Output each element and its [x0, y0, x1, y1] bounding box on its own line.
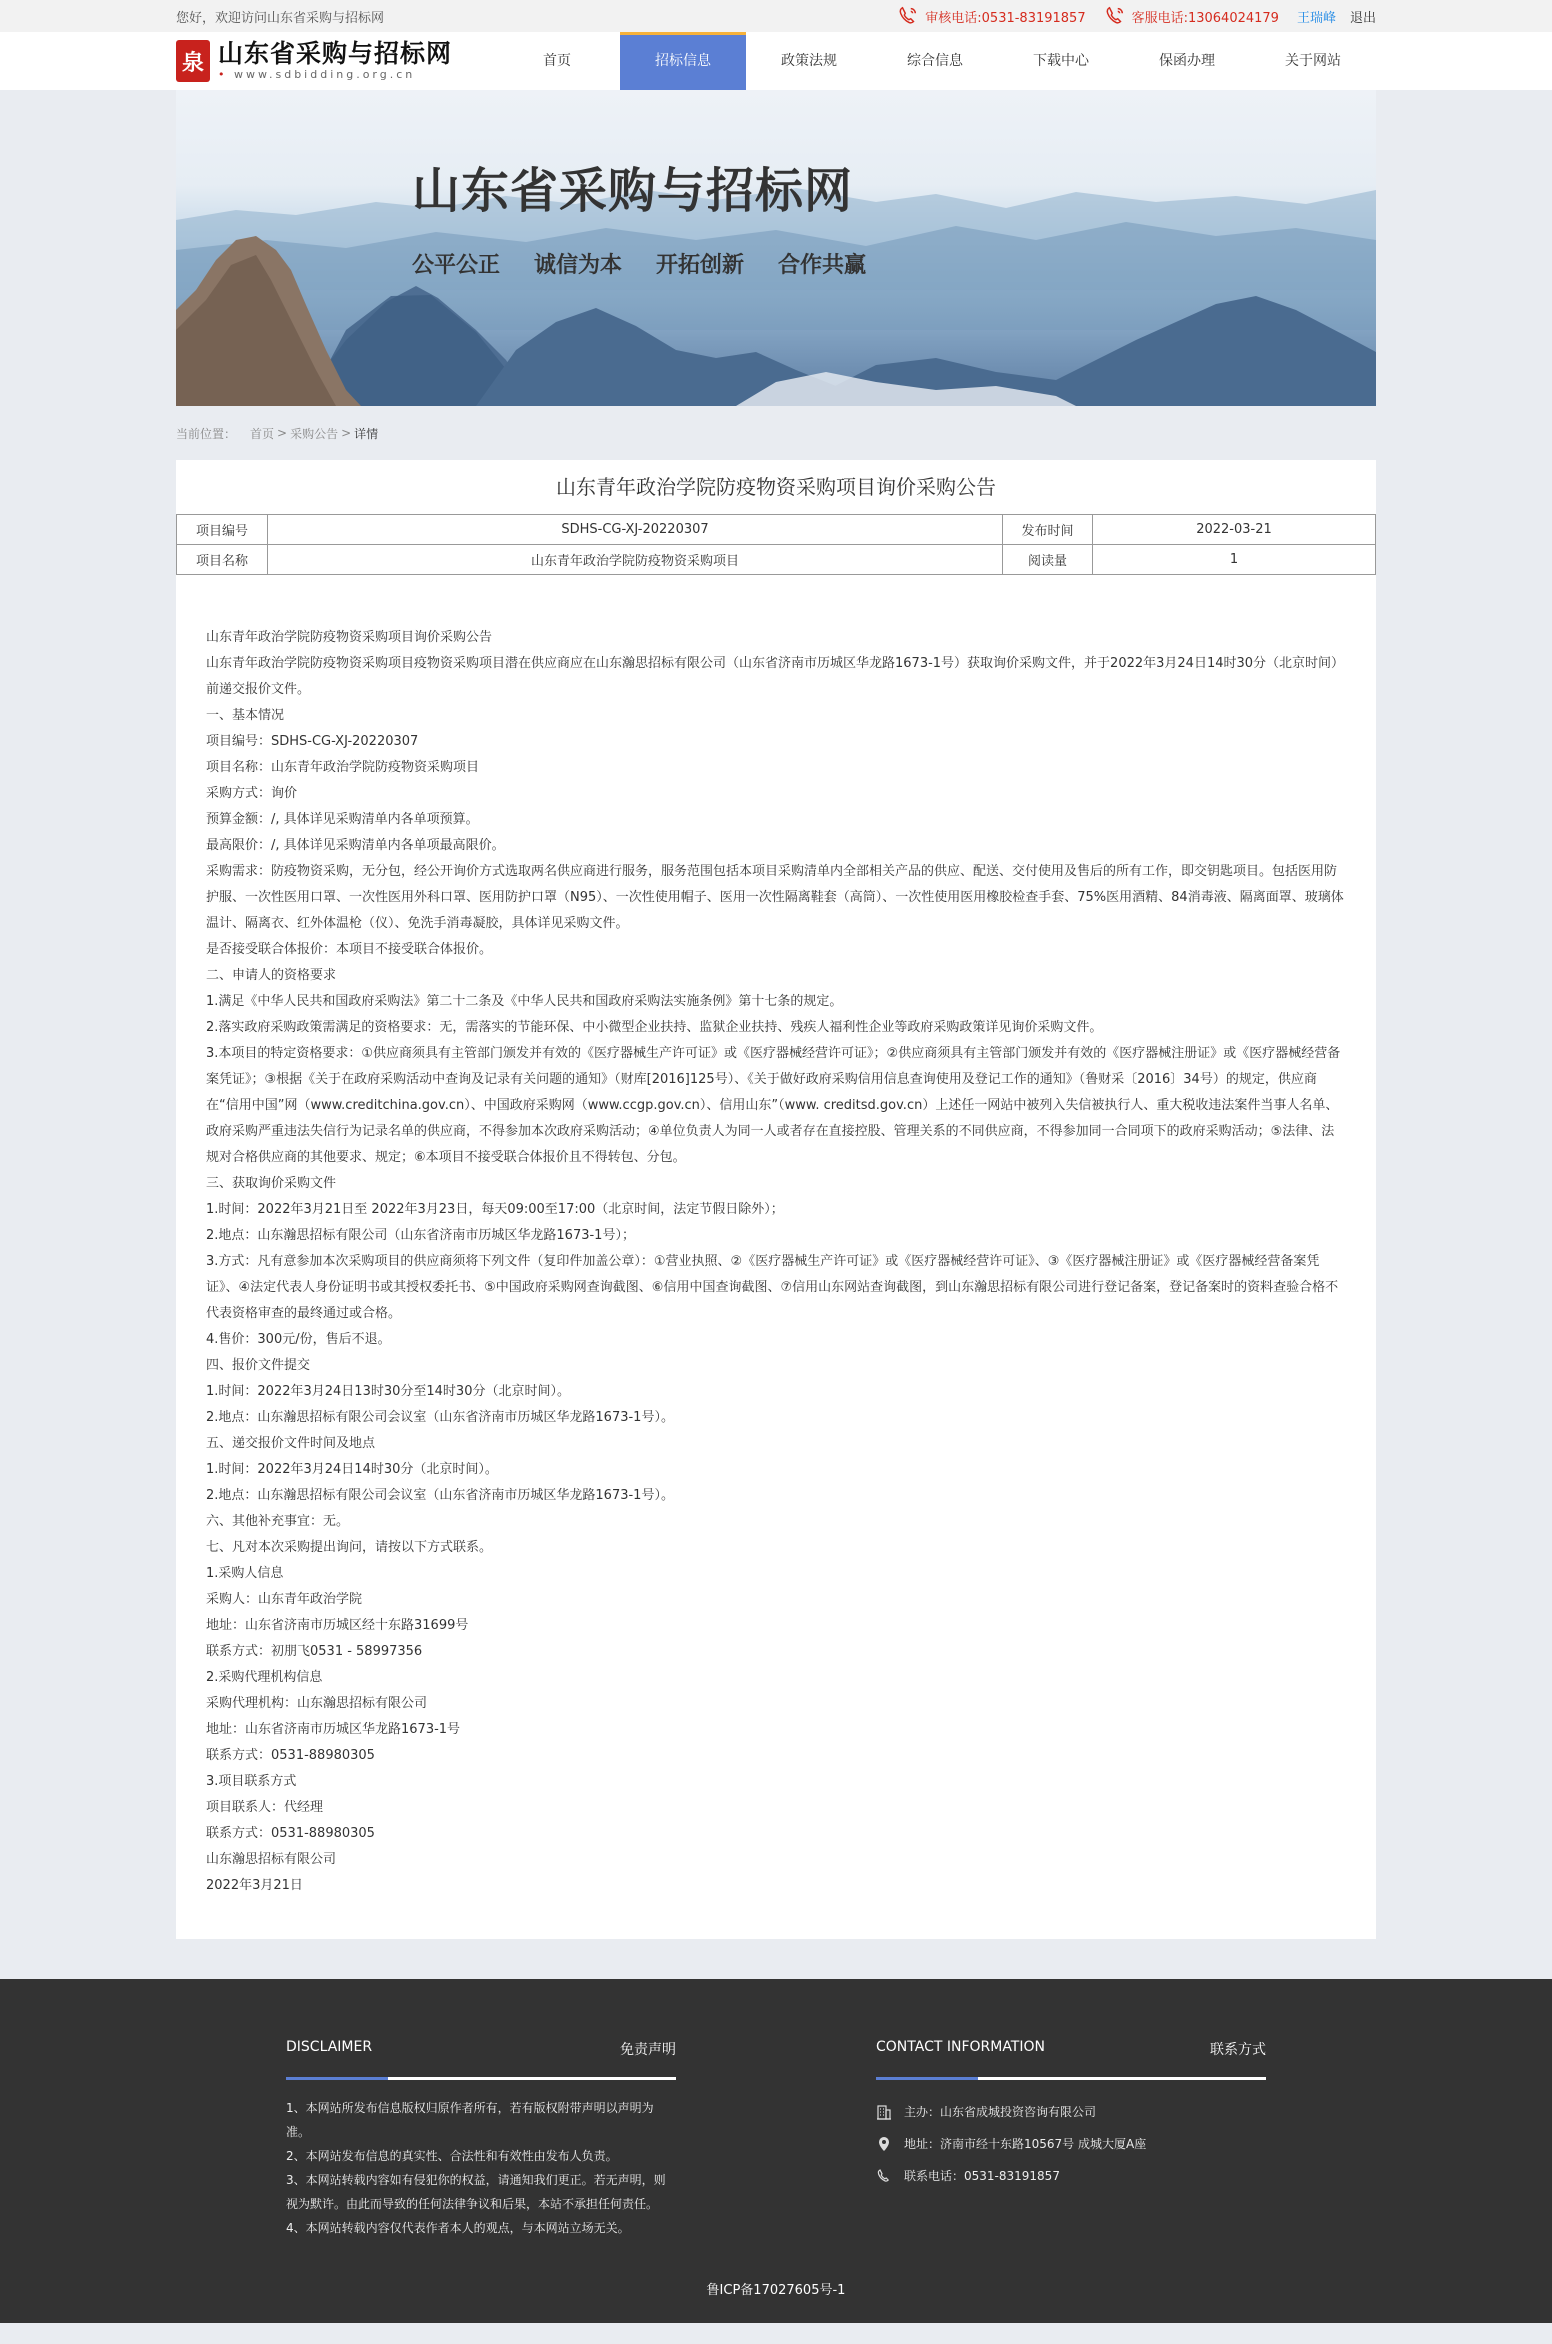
- article-paragraph: 采购代理机构：山东瀚思招标有限公司: [206, 1691, 1346, 1717]
- phone-icon: [897, 5, 919, 27]
- article-paragraph: 一、基本情况: [206, 703, 1346, 729]
- article-paragraph: 最高限价：/, 具体详见采购清单内各单项最高限价。: [206, 833, 1346, 859]
- logout-link[interactable]: 退出: [1350, 7, 1376, 26]
- banner-slogans: 公平公正 诚信为本 开拓创新 合作共赢: [412, 248, 866, 279]
- audit-phone-text: 审核电话:0531-83191857: [925, 7, 1085, 26]
- disclaimer-title-en: DISCLAIMER: [286, 2039, 372, 2059]
- article-paragraph: 山东瀚思招标有限公司: [206, 1847, 1346, 1873]
- article-paragraph: 山东青年政治学院防疫物资采购项目询价采购公告: [206, 625, 1346, 651]
- slogan: 公平公正: [412, 248, 500, 279]
- footer: DISCLAIMER 免责声明 1、本网站所发布信息版权归原作者所有，若有版权附…: [0, 1979, 1552, 2323]
- nav-item-policy[interactable]: 政策法规: [746, 32, 872, 90]
- contact-item-host: 主办：山东省成城投资咨询有限公司: [876, 2096, 1266, 2128]
- article-paragraph: 采购人：山东青年政治学院: [206, 1587, 1346, 1613]
- banner: 山东省采购与招标网 公平公正 诚信为本 开拓创新 合作共赢: [0, 90, 1552, 406]
- nav-item-bidding-info[interactable]: 招标信息: [620, 32, 746, 90]
- nav-item-general-info[interactable]: 综合信息: [872, 32, 998, 90]
- article-paragraph: 2.地点：山东瀚思招标有限公司会议室（山东省济南市历城区华龙路1673-1号）。: [206, 1405, 1346, 1431]
- contact-title-en: CONTACT INFORMATION: [876, 2039, 1045, 2059]
- disclaimer-item: 2、本网站发布信息的真实性、合法性和有效性由发布人负责。: [286, 2144, 676, 2168]
- article-paragraph: 2.落实政府采购政策需满足的资格要求：无，需落实的节能环保、中小微型企业扶持、监…: [206, 1015, 1346, 1041]
- project-no-value: SDHS-CG-XJ-20220307: [268, 515, 1003, 545]
- article-paragraph: 采购方式：询价: [206, 781, 1346, 807]
- article-paragraph: 联系方式：0531-88980305: [206, 1743, 1346, 1769]
- disclaimer-section: DISCLAIMER 免责声明 1、本网站所发布信息版权归原作者所有，若有版权附…: [286, 2039, 676, 2259]
- article-card: 山东青年政治学院防疫物资采购项目询价采购公告 项目编号 SDHS-CG-XJ-2…: [176, 460, 1376, 1939]
- breadcrumb-separator: >: [341, 426, 351, 440]
- breadcrumb: 当前位置： 首页 > 采购公告 > 详情: [176, 406, 1376, 460]
- building-icon: [876, 2104, 892, 2120]
- main-nav: 首页 招标信息 政策法规 综合信息 下载中心 保函办理 关于网站: [494, 32, 1376, 90]
- article-paragraph: 2.地点：山东瀚思招标有限公司（山东省济南市历城区华龙路1673-1号）；: [206, 1223, 1346, 1249]
- article-paragraph: 1.时间：2022年3月24日13时30分至14时30分（北京时间）。: [206, 1379, 1346, 1405]
- breadcrumb-label: 当前位置：: [176, 425, 236, 442]
- logo-mark-icon: 泉: [176, 40, 210, 82]
- disclaimer-title-cn: 免责声明: [620, 2039, 676, 2059]
- service-phone-text: 客服电话:13064024179: [1132, 7, 1279, 26]
- audit-phone: 审核电话:0531-83191857: [897, 5, 1085, 27]
- icp-record-link[interactable]: 鲁ICP备17027605号-1: [0, 2259, 1552, 2323]
- top-bar: 您好，欢迎访问山东省采购与招标网 审核电话:0531-83191857 客服电话…: [0, 0, 1552, 32]
- contact-item-address: 地址：济南市经十东路10567号 成城大厦A座: [876, 2128, 1266, 2160]
- article-body: 山东青年政治学院防疫物资采购项目询价采购公告山东青年政治学院防疫物资采购项目疫物…: [176, 575, 1376, 1899]
- article-paragraph: 山东青年政治学院防疫物资采购项目疫物资采购项目潜在供应商应在山东瀚思招标有限公司…: [206, 651, 1346, 703]
- article-paragraph: 六、其他补充事宜：无。: [206, 1509, 1346, 1535]
- nav-item-guarantee[interactable]: 保函办理: [1124, 32, 1250, 90]
- article-paragraph: 1.采购人信息: [206, 1561, 1346, 1587]
- article-paragraph: 项目编号：SDHS-CG-XJ-20220307: [206, 729, 1346, 755]
- phone-icon: [876, 2168, 892, 2184]
- header: 泉 山东省采购与招标网 • www.sdbidding.org.cn 首页 招标…: [0, 32, 1552, 90]
- article-paragraph: 地址：山东省济南市历城区华龙路1673-1号: [206, 1717, 1346, 1743]
- publish-date-label: 发布时间: [1003, 515, 1093, 545]
- welcome-text: 您好，欢迎访问山东省采购与招标网: [176, 7, 384, 26]
- article-paragraph: 2.采购代理机构信息: [206, 1665, 1346, 1691]
- contact-section: CONTACT INFORMATION 联系方式 主办：山东省成城投资咨询有限公…: [876, 2039, 1266, 2259]
- banner-title: 山东省采购与招标网: [412, 152, 853, 221]
- article-paragraph: 3.本项目的特定资格要求：①供应商须具有主管部门颁发并有效的《医疗器械生产许可证…: [206, 1041, 1346, 1171]
- disclaimer-item: 1、本网站所发布信息版权归原作者所有，若有版权附带声明以声明为准。: [286, 2096, 676, 2144]
- article-paragraph: 3.方式：凡有意参加本次采购项目的供应商须将下列文件（复印件加盖公章）：①营业执…: [206, 1249, 1346, 1327]
- slogan: 诚信为本: [534, 248, 622, 279]
- nav-item-downloads[interactable]: 下载中心: [998, 32, 1124, 90]
- article-paragraph: 联系方式：0531-88980305: [206, 1821, 1346, 1847]
- article-paragraph: 项目名称：山东青年政治学院防疫物资采购项目: [206, 755, 1346, 781]
- article-paragraph: 联系方式：初朋飞0531 - 58997356: [206, 1639, 1346, 1665]
- article-paragraph: 1.时间：2022年3月24日14时30分（北京时间）。: [206, 1457, 1346, 1483]
- slogan: 合作共赢: [778, 248, 866, 279]
- article-paragraph: 项目联系人：代经理: [206, 1795, 1346, 1821]
- article-paragraph: 1.满足《中华人民共和国政府采购法》第二十二条及《中华人民共和国政府采购法实施条…: [206, 989, 1346, 1015]
- site-logo[interactable]: 泉 山东省采购与招标网 • www.sdbidding.org.cn: [176, 40, 494, 82]
- project-name-value: 山东青年政治学院防疫物资采购项目: [268, 545, 1003, 575]
- breadcrumb-current: 详情: [354, 425, 378, 442]
- views-value: 1: [1093, 545, 1376, 575]
- project-name-label: 项目名称: [177, 545, 268, 575]
- article-paragraph: 七、凡对本次采购提出询问，请按以下方式联系。: [206, 1535, 1346, 1561]
- article-paragraph: 2022年3月21日: [206, 1873, 1346, 1899]
- publish-date-value: 2022-03-21: [1093, 515, 1376, 545]
- article-paragraph: 地址：山东省济南市历城区经十东路31699号: [206, 1613, 1346, 1639]
- breadcrumb-home[interactable]: 首页: [250, 425, 274, 442]
- article-paragraph: 采购需求：防疫物资采购，无分包，经公开询价方式选取两名供应商进行服务，服务范围包…: [206, 859, 1346, 937]
- article-meta-table: 项目编号 SDHS-CG-XJ-20220307 发布时间 2022-03-21…: [176, 514, 1376, 575]
- logo-name: 山东省采购与招标网: [218, 40, 452, 68]
- nav-item-home[interactable]: 首页: [494, 32, 620, 90]
- nav-item-about[interactable]: 关于网站: [1250, 32, 1376, 90]
- breadcrumb-announcements[interactable]: 采购公告: [290, 425, 338, 442]
- article-paragraph: 二、申请人的资格要求: [206, 963, 1346, 989]
- article-title: 山东青年政治学院防疫物资采购项目询价采购公告: [176, 460, 1376, 514]
- project-no-label: 项目编号: [177, 515, 268, 545]
- disclaimer-item: 3、本网站转载内容如有侵犯你的权益，请通知我们更正。若无声明，则视为默许。由此而…: [286, 2168, 676, 2216]
- article-paragraph: 预算金额：/, 具体详见采购清单内各单项预算。: [206, 807, 1346, 833]
- disclaimer-item: 4、本网站转载内容仅代表作者本人的观点，与本网站立场无关。: [286, 2216, 676, 2240]
- article-paragraph: 三、获取询价采购文件: [206, 1171, 1346, 1197]
- article-paragraph: 3.项目联系方式: [206, 1769, 1346, 1795]
- service-phone: 客服电话:13064024179: [1104, 5, 1279, 27]
- views-label: 阅读量: [1003, 545, 1093, 575]
- phone-icon: [1104, 5, 1126, 27]
- article-paragraph: 是否接受联合体报价：本项目不接受联合体报价。: [206, 937, 1346, 963]
- contact-title-cn: 联系方式: [1210, 2039, 1266, 2059]
- breadcrumb-separator: >: [277, 426, 287, 440]
- slogan: 开拓创新: [656, 248, 744, 279]
- article-paragraph: 五、递交报价文件时间及地点: [206, 1431, 1346, 1457]
- location-pin-icon: [876, 2136, 892, 2152]
- article-paragraph: 2.地点：山东瀚思招标有限公司会议室（山东省济南市历城区华龙路1673-1号）。: [206, 1483, 1346, 1509]
- article-paragraph: 四、报价文件提交: [206, 1353, 1346, 1379]
- contact-item-phone: 联系电话：0531-83191857: [876, 2160, 1266, 2192]
- logo-url: • www.sdbidding.org.cn: [218, 68, 452, 82]
- article-paragraph: 4.售价：300元/份，售后不退。: [206, 1327, 1346, 1353]
- user-name-link[interactable]: 王瑞峰: [1297, 7, 1336, 26]
- article-paragraph: 1.时间：2022年3月21日至 2022年3月23日，每天09:00至17:0…: [206, 1197, 1346, 1223]
